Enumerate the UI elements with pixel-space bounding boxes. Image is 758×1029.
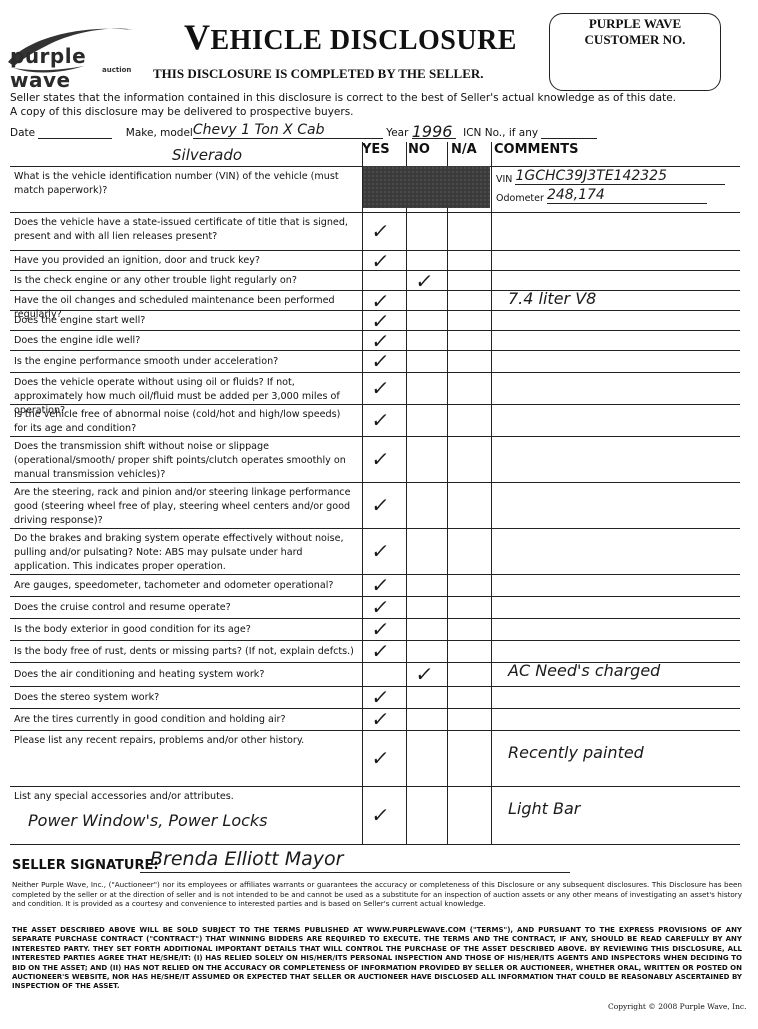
header-no: NO (408, 142, 430, 166)
column-divider (491, 142, 492, 844)
answer-cell-no[interactable] (406, 483, 447, 529)
answer-cell-yes[interactable]: ✓ (362, 213, 406, 251)
answer-cell-no[interactable] (406, 641, 447, 663)
table-bottom-border (10, 844, 740, 845)
table-row: Is the engine performance smooth under a… (10, 350, 740, 372)
customer-number-box[interactable]: PURPLE WAVE CUSTOMER NO. (549, 13, 721, 91)
answer-cell-no[interactable] (406, 213, 447, 251)
table-row: List any special accessories and/or attr… (10, 786, 740, 844)
question-text: Are gauges, speedometer, tachometer and … (14, 579, 354, 593)
answer-cell-yes[interactable]: ✓ (362, 405, 406, 437)
make-model-field[interactable]: Chevy 1 Ton X Cab (193, 122, 383, 139)
question-text: Please list any recent repairs, problems… (14, 734, 354, 748)
answer-cell-na[interactable] (447, 663, 491, 687)
checkmark-icon: ✓ (370, 685, 391, 709)
answer-cell-na[interactable] (447, 251, 491, 271)
answer-cell-na[interactable] (447, 687, 491, 709)
table-row: Does the engine idle well?✓ (10, 330, 740, 350)
vehicle-info-line: Date Make, modelChevy 1 Ton X Cab Year 1… (10, 122, 597, 139)
accessories-text[interactable]: Power Window's, Power Locks (28, 811, 268, 830)
date-field[interactable] (38, 124, 112, 139)
answer-cell-na[interactable] (447, 291, 491, 311)
column-divider (406, 142, 407, 844)
answer-cell-no[interactable] (406, 731, 447, 787)
answer-cell-no[interactable] (406, 251, 447, 271)
question-text: What is the vehicle identification numbe… (14, 170, 354, 198)
question-text: Is the body free of rust, dents or missi… (14, 645, 354, 659)
logo-subtext: auction (102, 66, 131, 74)
table-row: Does the transmission shift without nois… (10, 436, 740, 482)
comment-text[interactable]: Recently painted (508, 743, 644, 762)
checkmark-icon: ✓ (370, 803, 391, 827)
year-label: Year (386, 127, 408, 139)
answer-cell-yes[interactable]: ✓ (362, 351, 406, 373)
column-divider (447, 142, 448, 844)
question-text: Are the steering, rack and pinion and/or… (14, 486, 354, 528)
checkmark-icon: ✓ (370, 539, 391, 563)
answer-cell-no[interactable]: ✓ (406, 271, 447, 291)
table-row: Does the vehicle operate without using o… (10, 372, 740, 404)
question-text: Does the transmission shift without nois… (14, 440, 354, 482)
answer-cell-no[interactable] (406, 529, 447, 575)
question-text: Does the engine start well? (14, 314, 354, 328)
answer-cell-no[interactable] (406, 687, 447, 709)
table-row: Please list any recent repairs, problems… (10, 730, 740, 786)
odometer-field[interactable]: 248,174 (547, 187, 707, 204)
checkmark-icon: ✓ (370, 349, 391, 373)
table-row: Is the body exterior in good condition f… (10, 618, 740, 640)
answer-cell-na[interactable] (447, 787, 491, 845)
answer-cell-yes[interactable]: ✓ (362, 291, 406, 311)
odometer-line: Odometer 248,174 (496, 187, 707, 204)
answer-cell-na[interactable] (447, 351, 491, 373)
answer-cell-yes[interactable]: ✓ (362, 619, 406, 641)
answer-cell-yes[interactable]: ✓ (362, 483, 406, 529)
table-row: Are the tires currently in good conditio… (10, 708, 740, 730)
checkmark-icon: ✓ (414, 662, 435, 686)
checkmark-icon: ✓ (370, 617, 391, 641)
checkmark-icon: ✓ (370, 573, 391, 597)
answer-cell-na[interactable] (447, 213, 491, 251)
checkmark-icon: ✓ (370, 746, 391, 770)
table-row: Does the vehicle have a state-issued cer… (10, 212, 740, 250)
page-title: VEHICLE DISCLOSURE (184, 16, 517, 58)
icn-label: ICN No., if any (463, 127, 538, 139)
vin-line: VIN 1GCHC39J3TE142325 (496, 168, 725, 185)
answer-cell-yes[interactable]: ✓ (362, 437, 406, 483)
odometer-label: Odometer (496, 193, 544, 204)
table-row: Are the steering, rack and pinion and/or… (10, 482, 740, 528)
header-comments: COMMENTS (494, 142, 578, 166)
answer-cell-no[interactable] (406, 373, 447, 405)
answer-cell-yes[interactable]: ✓ (362, 597, 406, 619)
checkmark-icon: ✓ (370, 447, 391, 471)
signature-line (140, 872, 570, 873)
answer-cell-yes[interactable]: ✓ (362, 311, 406, 331)
question-text: Does the stereo system work? (14, 691, 354, 705)
question-text: Is the engine performance smooth under a… (14, 355, 354, 369)
checkmark-icon: ✓ (370, 595, 391, 619)
checkmark-icon: ✓ (370, 408, 391, 432)
header-yes: YES (362, 142, 390, 166)
question-text: Is the vehicle free of abnormal noise (c… (14, 408, 354, 436)
answer-cell-na[interactable] (447, 731, 491, 787)
question-text: Does the cruise control and resume opera… (14, 601, 354, 615)
page-subtitle: THIS DISCLOSURE IS COMPLETED BY THE SELL… (153, 66, 484, 82)
question-text: Is the check engine or any other trouble… (14, 274, 354, 288)
table-row: Does the air conditioning and heating sy… (10, 662, 740, 686)
table-row: Does the engine start well?✓ (10, 310, 740, 330)
comment-text[interactable]: AC Need's charged (508, 661, 660, 680)
answer-cell-yes[interactable]: ✓ (362, 641, 406, 663)
seller-signature-label: SELLER SIGNATURE: (12, 858, 159, 873)
answer-cell-na[interactable] (447, 619, 491, 641)
answer-cell-yes[interactable]: ✓ (362, 331, 406, 351)
answer-cell-yes[interactable] (362, 663, 406, 687)
answer-cell-no[interactable] (406, 291, 447, 311)
question-text: Does the air conditioning and heating sy… (14, 668, 354, 682)
answer-cell-no[interactable] (406, 787, 447, 845)
customer-number-label: PURPLE WAVE CUSTOMER NO. (550, 16, 720, 48)
answer-cell-na[interactable] (447, 331, 491, 351)
table-row: Have you provided an ignition, door and … (10, 250, 740, 270)
table-row: Is the body free of rust, dents or missi… (10, 640, 740, 662)
answer-cell-yes[interactable] (362, 271, 406, 291)
answer-cell-no[interactable] (406, 311, 447, 331)
intro-line-1: Seller states that the information conta… (10, 91, 750, 105)
question-text: Does the vehicle have a state-issued cer… (14, 216, 354, 244)
header-na: N/A (451, 142, 477, 166)
question-text: Are the tires currently in good conditio… (14, 713, 354, 727)
answer-cell-yes[interactable]: ✓ (362, 709, 406, 731)
comment-text[interactable]: Light Bar (508, 799, 580, 818)
table-row: Have the oil changes and scheduled maint… (10, 290, 740, 310)
question-text: List any special accessories and/or attr… (14, 790, 354, 804)
table-row: Is the vehicle free of abnormal noise (c… (10, 404, 740, 436)
column-divider (362, 142, 363, 844)
answer-cell-na[interactable] (447, 271, 491, 291)
checkmark-icon: ✓ (370, 219, 391, 243)
table-row: Are gauges, speedometer, tachometer and … (10, 574, 740, 596)
answer-cell-na[interactable] (447, 437, 491, 483)
terms-text: THE ASSET DESCRIBED ABOVE WILL BE SOLD S… (12, 926, 742, 992)
checkmark-icon: ✓ (370, 707, 391, 731)
checkmark-icon: ✓ (370, 639, 391, 663)
answer-cell-yes[interactable]: ✓ (362, 251, 406, 271)
table-row: Does the cruise control and resume opera… (10, 596, 740, 618)
date-label: Date (10, 127, 35, 139)
answer-cell-yes[interactable]: ✓ (362, 687, 406, 709)
disclaimer-text: Neither Purple Wave, Inc., ("Auctioneer"… (12, 880, 742, 909)
question-text: Does the engine idle well? (14, 334, 354, 348)
answer-cell-no[interactable] (406, 405, 447, 437)
answer-cell-no[interactable] (406, 597, 447, 619)
answer-cell-no[interactable]: ✓ (406, 663, 447, 687)
question-text: Have you provided an ignition, door and … (14, 254, 354, 268)
intro-statement: Seller states that the information conta… (10, 91, 750, 119)
answer-cell-na[interactable] (447, 597, 491, 619)
table-row: Do the brakes and braking system operate… (10, 528, 740, 574)
question-text: Do the brakes and braking system operate… (14, 532, 354, 574)
purple-wave-logo: purple wave auction (6, 22, 146, 74)
vin-shaded-cell (363, 166, 490, 208)
answer-cell-na[interactable] (447, 311, 491, 331)
icn-field[interactable] (541, 124, 597, 139)
answer-cell-no[interactable] (406, 351, 447, 373)
checkmark-icon: ✓ (370, 493, 391, 517)
answer-cell-yes[interactable]: ✓ (362, 787, 406, 845)
table-row: Is the check engine or any other trouble… (10, 270, 740, 290)
vin-field[interactable]: 1GCHC39J3TE142325 (515, 168, 725, 185)
intro-line-2: A copy of this disclosure may be deliver… (10, 105, 750, 119)
year-field[interactable]: 1996 (412, 122, 456, 139)
vin-label: VIN (496, 174, 512, 185)
answer-cell-no[interactable] (406, 331, 447, 351)
answer-cell-yes[interactable]: ✓ (362, 731, 406, 787)
answer-cell-no[interactable] (406, 575, 447, 597)
answer-cell-na[interactable] (447, 483, 491, 529)
table-row: Does the stereo system work?✓ (10, 686, 740, 708)
make-model-continued: Silverado (172, 146, 242, 164)
answer-cell-na[interactable] (447, 529, 491, 575)
make-model-label: Make, model (126, 127, 193, 139)
answer-cell-no[interactable] (406, 709, 447, 731)
answer-cell-na[interactable] (447, 641, 491, 663)
checkmark-icon: ✓ (370, 376, 391, 400)
seller-signature-field[interactable]: Brenda Elliott Mayor (150, 848, 343, 870)
answer-cell-yes[interactable]: ✓ (362, 373, 406, 405)
copyright: Copyright © 2008 Purple Wave, Inc. (608, 1002, 747, 1011)
answer-cell-no[interactable] (406, 437, 447, 483)
answer-cell-yes[interactable]: ✓ (362, 575, 406, 597)
answer-cell-na[interactable] (447, 709, 491, 731)
answer-cell-na[interactable] (447, 405, 491, 437)
answer-cell-no[interactable] (406, 619, 447, 641)
comment-text[interactable]: 7.4 liter V8 (508, 289, 596, 308)
answer-cell-na[interactable] (447, 575, 491, 597)
answer-cell-na[interactable] (447, 373, 491, 405)
question-text: Is the body exterior in good condition f… (14, 623, 354, 637)
answer-cell-yes[interactable]: ✓ (362, 529, 406, 575)
